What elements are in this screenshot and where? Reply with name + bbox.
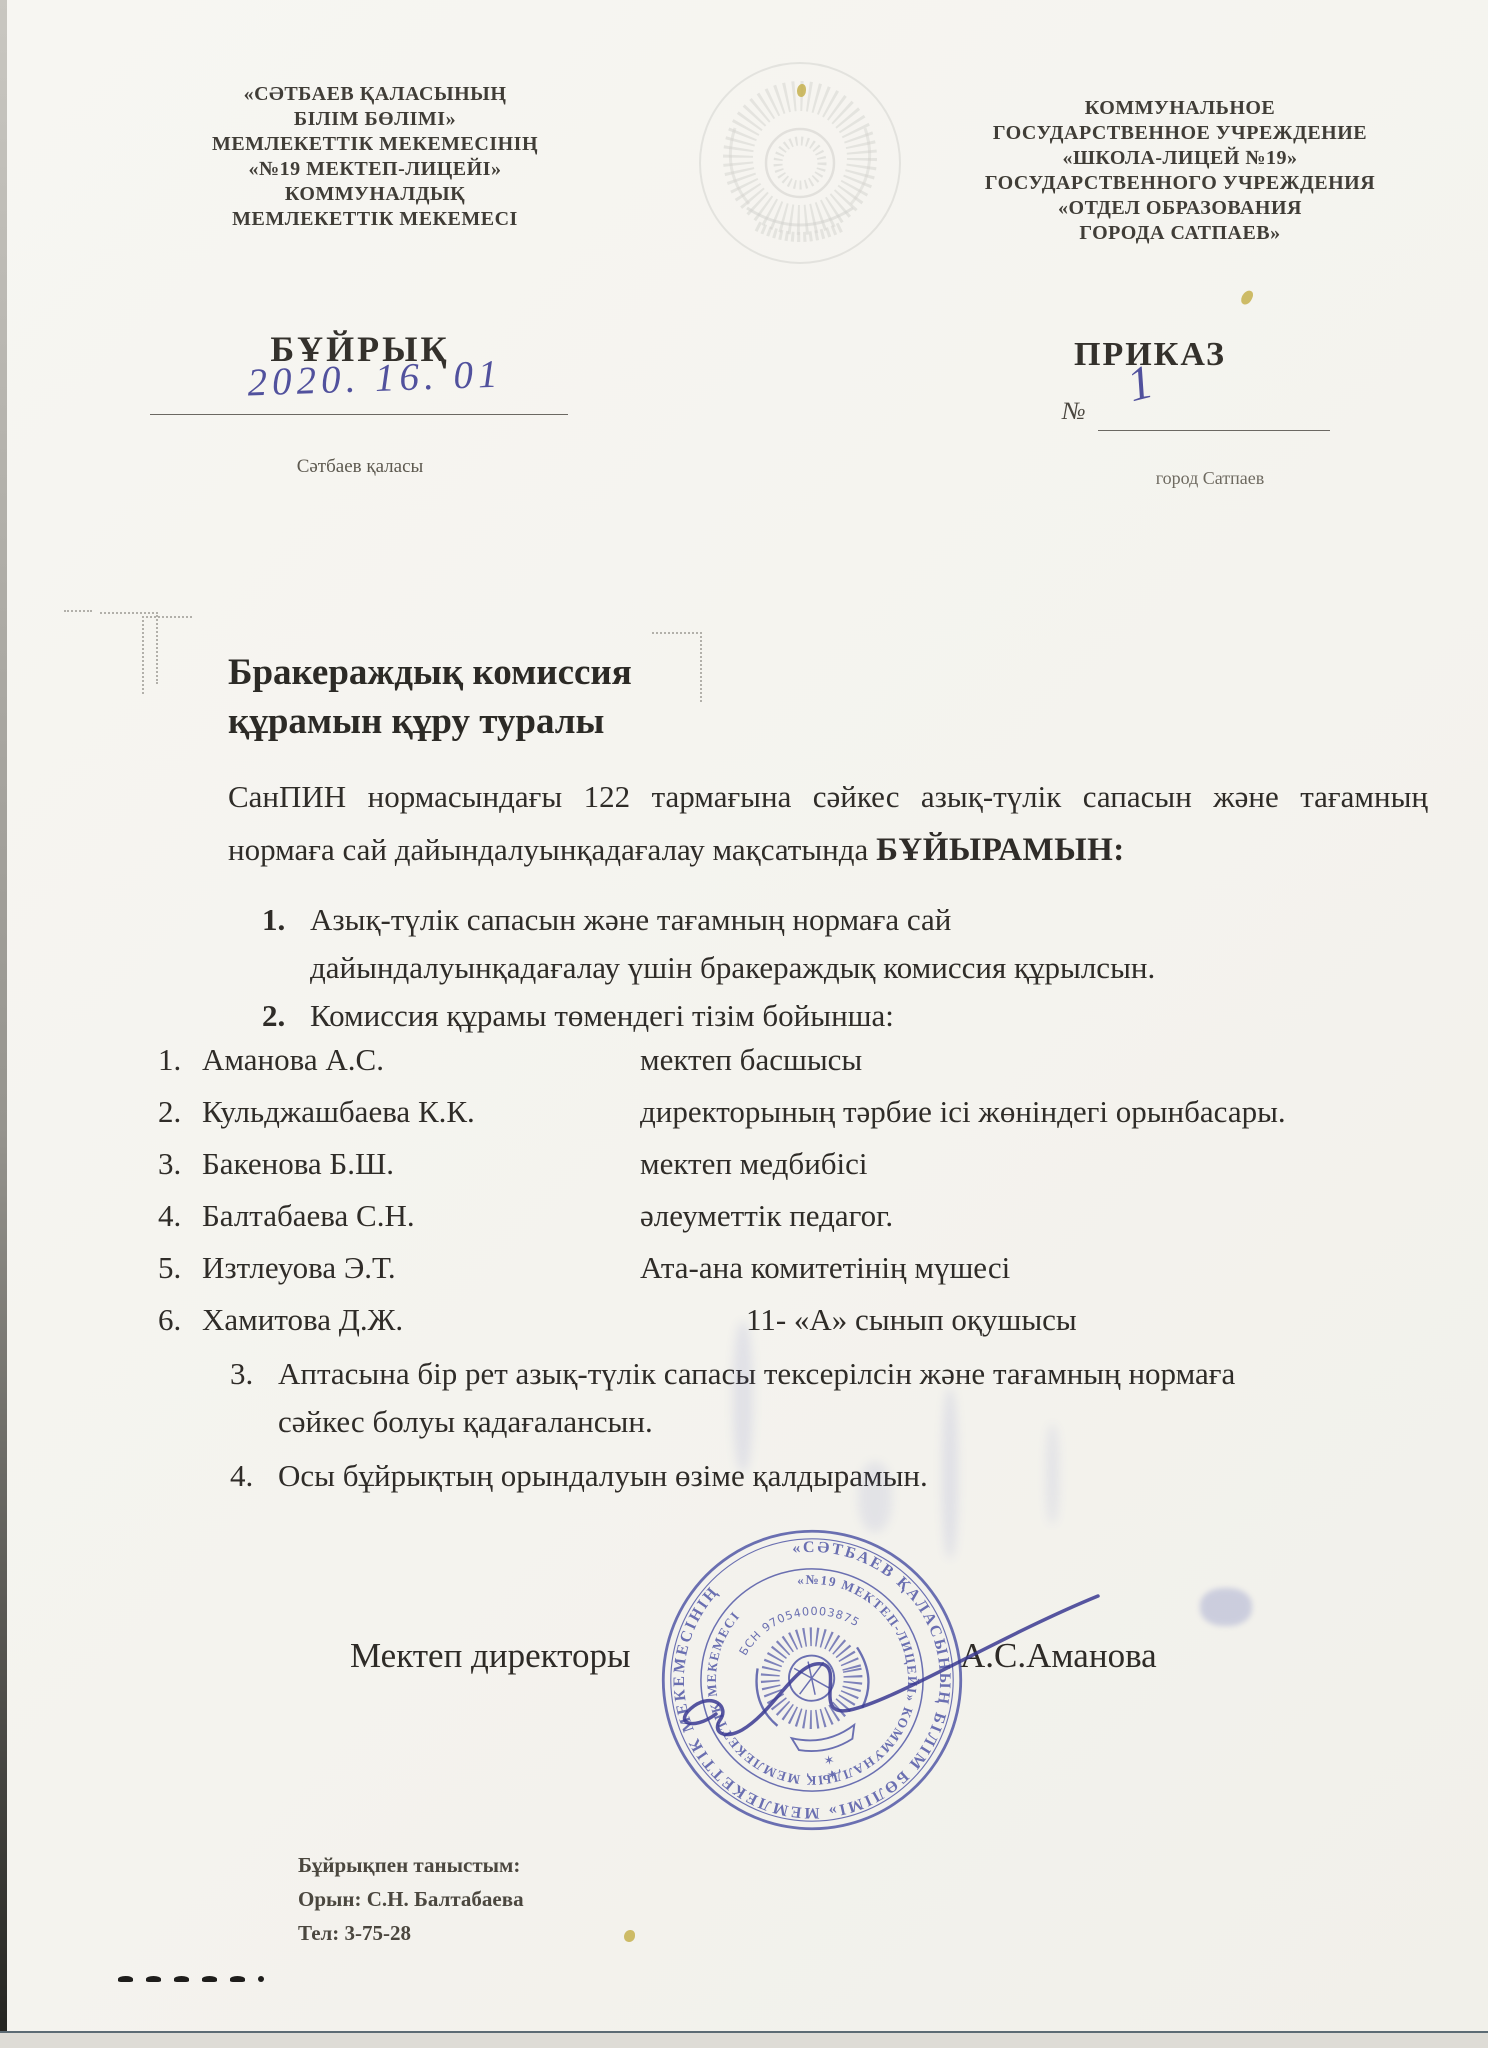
member-number: 6. [158,1294,202,1346]
org-line: МЕМЛЕКЕТТІК МЕКЕМЕСІ [140,207,610,232]
member-number: 4. [158,1190,202,1242]
org-line: КОММУНАЛЬНОЕ [930,96,1430,121]
org-name-kazakh: «СӘТБАЕВ ҚАЛАСЫНЫҢ БІЛІМ БӨЛІМІ» МЕМЛЕКЕ… [140,82,610,232]
item-number: 4. [230,1452,278,1500]
decree-items-top: 1. Азық-түлік сапасын және тағамның норм… [262,896,1190,1040]
member-name: Бакенова Б.Ш. [202,1146,394,1181]
member-name: Кульджашбаева К.К. [202,1094,475,1129]
member-row: 6.Хамитова Д.Ж. 11- «А» сынып оқушысы [158,1294,475,1346]
member-row: 5.Изтлеуова Э.Т. Ата-ана комитетінің мүш… [158,1242,475,1294]
number-underline [1098,430,1330,431]
crop-mark [652,632,702,702]
member-row: 1.Аманова А.С. мектеп басшысы [158,1034,475,1086]
item-text: Аптасына бір рет азық-түлік сапасы тексе… [278,1350,1243,1446]
binding-dots [118,1976,277,1994]
org-line: «ШКОЛА-ЛИЦЕЙ №19» [930,146,1430,171]
org-line: МЕМЛЕКЕТТІК МЕКЕМЕСІНІҢ [140,132,610,157]
decree-item: 2. Комиссия құрамы төмендегі тізім бойын… [262,992,1190,1040]
subject-line: құрамын құру туралы [228,697,632,746]
item-text: Комиссия құрамы төмендегі тізім бойынша: [310,992,1190,1040]
date-underline [150,414,568,415]
preamble-paragraph: СанПИН нормасындағы 122 тармағына сәйкес… [228,770,1428,877]
crop-mark [142,616,192,694]
org-line: ГОСУДАРСТВЕННОГО УЧРЕЖДЕНИЯ [930,171,1430,196]
member-role: директорының тәрбие ісі жөніндегі орынба… [640,1086,1286,1138]
member-name: Балтабаева С.Н. [202,1198,415,1233]
org-line: ГОСУДАРСТВЕННОЕ УЧРЕЖДЕНИЕ [930,121,1430,146]
member-row: 2.Кульджашбаева К.К. директорының тәрбие… [158,1086,475,1138]
member-row: 3.Бакенова Б.Ш. мектеп медбибісі [158,1138,475,1190]
order-subject: Бракераждық комиссия құрамын құру туралы [228,648,632,746]
place-russian: город Сатпаев [1080,468,1340,489]
stamp-star: ✶ [825,1767,839,1784]
decree-item: 1. Азық-түлік сапасын және тағамның норм… [262,896,1190,992]
org-line: ГОРОДА САТПАЕВ» [930,221,1430,246]
member-name: Хамитова Д.Ж. [202,1302,403,1337]
ink-bleed [1200,1588,1252,1626]
org-line: «ОТДЕЛ ОБРАЗОВАНИЯ [930,196,1430,221]
member-role: мектеп медбибісі [640,1138,868,1190]
scan-speck [1239,289,1254,307]
number-sign-label: № [1062,398,1086,426]
org-line: БІЛІМ БӨЛІМІ» [140,107,610,132]
org-line: «№19 МЕКТЕП-ЛИЦЕЙІ» [140,157,610,182]
org-line: КОММУНАЛДЫҚ [140,182,610,207]
crop-mark [64,610,92,612]
commission-member-list: 1.Аманова А.С. мектеп басшысы 2.Кульджаш… [158,1034,475,1346]
ink-bleed [733,1322,753,1472]
member-role: Ата-ана комитетінің мүшесі [640,1242,1010,1294]
item-text: Азық-түлік сапасын және тағамның нормаға… [310,896,1190,992]
footer-phone: Тел: 3-75-28 [298,1916,524,1950]
scan-speck [624,1930,635,1942]
scan-bottom-edge [0,2031,1488,2048]
footer-executor: Орын: С.Н. Балтабаева [298,1882,524,1916]
member-number: 2. [158,1086,202,1138]
footer-block: Бұйрықпен таныстым: Орын: С.Н. Балтабаев… [298,1848,524,1950]
signature-stroke [620,1528,1180,1768]
member-number: 5. [158,1242,202,1294]
item-number: 3. [230,1350,278,1446]
footer-acknowledged: Бұйрықпен таныстым: [298,1848,524,1882]
member-name: Аманова А.С. [202,1042,384,1077]
org-name-russian: КОММУНАЛЬНОЕ ГОСУДАРСТВЕННОЕ УЧРЕЖДЕНИЕ … [930,96,1430,246]
member-role: 11- «А» сынып оқушысы [746,1294,1077,1346]
org-line: «СӘТБАЕВ ҚАЛАСЫНЫҢ [140,82,610,107]
member-role: мектеп басшысы [640,1034,862,1086]
item-number: 2. [262,992,310,1040]
item-text: Осы бұйрықтың орындалуын өзіме қалдырамы… [278,1452,1243,1500]
preamble-keyword: БҰЙЫРАМЫН: [876,832,1125,868]
member-name: Изтлеуова Э.Т. [202,1250,396,1285]
member-number: 3. [158,1138,202,1190]
preamble-text: СанПИН нормасындағы 122 тармағына сәйкес… [228,779,1428,867]
member-row: 4.Балтабаева С.Н. әлеуметтік педагог. [158,1190,475,1242]
ink-bleed [942,1388,958,1558]
ink-bleed [858,1462,892,1532]
member-role: әлеуметтік педагог. [640,1190,893,1242]
scan-left-edge [0,0,7,2048]
signatory-title: Мектеп директоры [350,1636,631,1676]
member-number: 1. [158,1034,202,1086]
place-kazakh: Сәтбаев қаласы [150,456,570,478]
subject-line: Бракераждық комиссия [228,648,632,697]
order-title-russian: ПРИКАЗ [995,336,1305,374]
item-number: 1. [262,896,310,992]
ink-bleed [1046,1424,1059,1524]
scanned-order-document: «СӘТБАЕВ ҚАЛАСЫНЫҢ БІЛІМ БӨЛІМІ» МЕМЛЕКЕ… [0,0,1488,2048]
